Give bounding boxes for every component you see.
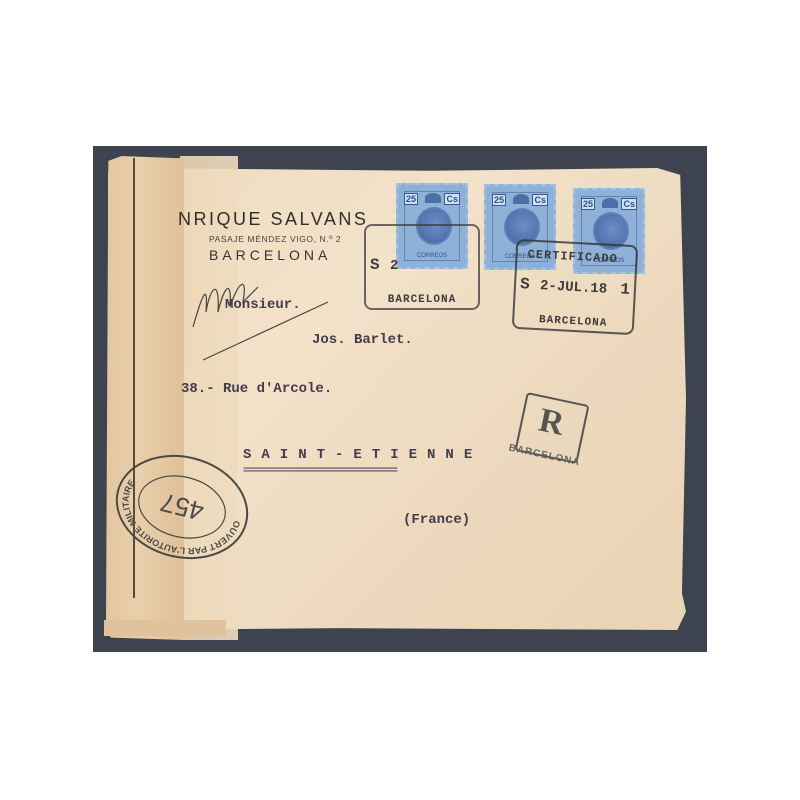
recipient-salutation: Monsieur. <box>225 297 301 313</box>
postmark-city: BARCELONA <box>514 313 632 331</box>
sender-city: BARCELONA <box>209 247 331 263</box>
stamp-value: 25 <box>492 194 506 206</box>
crown-icon <box>513 194 529 204</box>
recipient-city: SAINT-ETIENNE <box>243 447 482 463</box>
signature-scrawl <box>188 272 338 362</box>
postmark-date: 2-JUL.18 <box>540 278 608 297</box>
recipient-country: (France) <box>403 512 470 528</box>
recipient-name: Jos. Barlet. <box>312 332 413 348</box>
sender-name: NRIQUE SALVANS <box>178 209 368 230</box>
stamp-unit: Cs <box>621 198 637 210</box>
stamp-value: 25 <box>581 198 595 210</box>
crown-icon <box>602 198 618 208</box>
crown-icon <box>425 193 441 203</box>
tape-bottom-end <box>104 620 226 636</box>
recipient-city-underline: ================================ <box>243 466 397 477</box>
postmark-header: CERTIFICADO <box>527 247 618 266</box>
stamp-unit: Cs <box>444 193 460 205</box>
postmark-letter: S <box>370 256 380 274</box>
postmark-city: BARCELONA <box>366 294 478 306</box>
stamp-unit: Cs <box>532 194 548 206</box>
postmark-barcelona: S 2 BARCELONA <box>364 224 480 310</box>
postmark-letter: S <box>520 275 531 293</box>
censor-number: 457 <box>157 487 206 527</box>
stamp-value: 25 <box>404 193 418 205</box>
registration-letter: R <box>535 402 567 444</box>
sender-street: PASAJE MÉNDEZ VIGO, N.º 2 <box>209 234 341 244</box>
recipient-street: 38.- Rue d'Arcole. <box>181 381 332 397</box>
postmark-date: 2 <box>390 258 398 274</box>
censor-tape <box>106 156 184 640</box>
postmark-suffix: 1 <box>620 280 631 298</box>
postmark-certificado: CERTIFICADO S 2-JUL.18 1 BARCELONA <box>512 239 639 335</box>
